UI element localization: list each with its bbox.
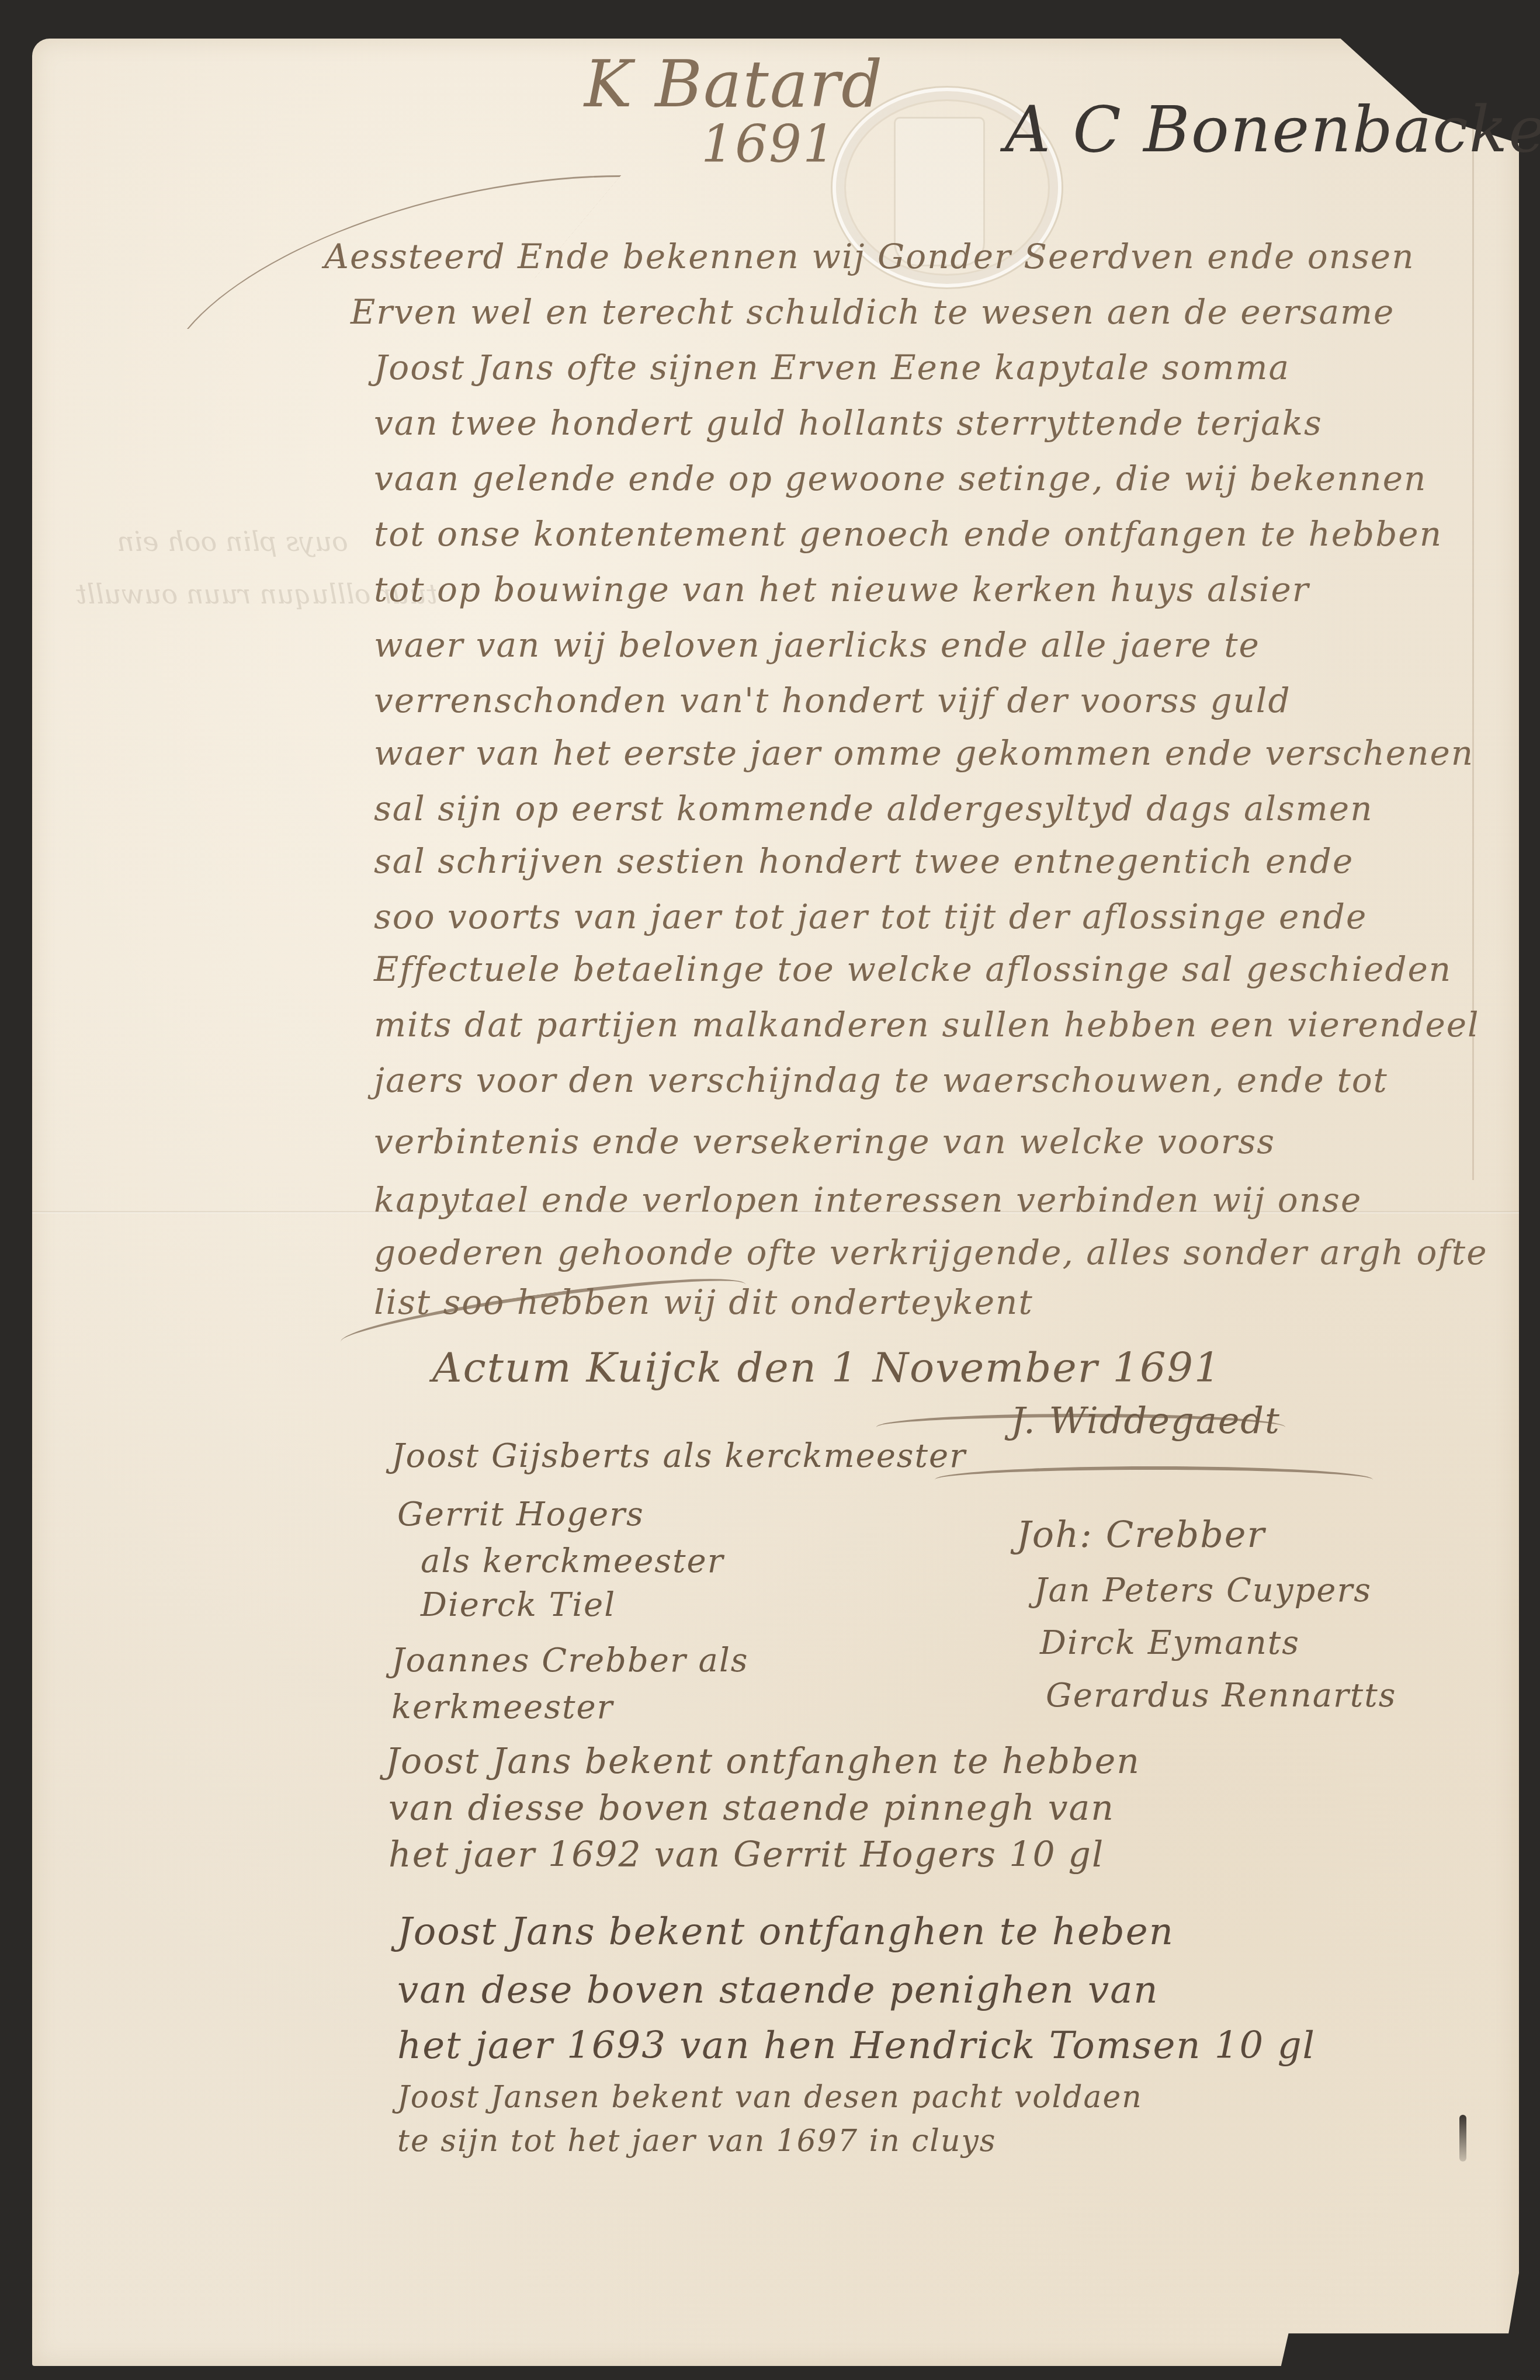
signature: Joannes Crebber als — [391, 1642, 749, 1680]
body-line: mits dat partijen malkanderen sullen heb… — [374, 1005, 1480, 1045]
body-line: soo voorts van jaer tot jaer tot tijt de… — [374, 897, 1367, 936]
receipt-line: van dese boven staende penighen van — [397, 1969, 1159, 2012]
signature: Dirck Eymants — [1040, 1624, 1300, 1662]
body-line: vaan gelende ende op gewoone setinge, di… — [374, 459, 1427, 498]
signature-bonenbacker: A C Bonenbacker — [1005, 93, 1540, 166]
receipt-line: het jaer 1693 van hen Hendrick Tomsen 10… — [397, 2024, 1316, 2067]
body-line: waer van wij beloven jaerlicks ende alle… — [374, 625, 1260, 665]
body-line: van twee hondert guld hollants sterrytte… — [374, 403, 1323, 443]
bleed-through-text: ouys plin ooh ein — [117, 526, 348, 557]
dateline: Actum Kuijck den 1 November 1691 — [432, 1344, 1222, 1392]
body-line: sal sijn op eerst kommende aldergesyltyd… — [374, 789, 1373, 828]
body-line: verrenschonden van't hondert vijf der vo… — [374, 681, 1291, 720]
body-line: verbintenis ende versekeringe van welcke… — [374, 1122, 1275, 1161]
body-line: waer van het eerste jaer omme gekommen e… — [374, 733, 1474, 773]
receipt-line: Joost Jans bekent ontfanghen te hebben — [386, 1741, 1140, 1782]
signature: Joost Gijsberts als kerckmeester — [391, 1437, 966, 1475]
annotation-year: 1691 — [701, 114, 837, 174]
body-line: jaers voor den verschijndag te waerschou… — [374, 1060, 1388, 1100]
signature: Gerardus Rennartts — [1046, 1677, 1397, 1715]
receipt-line: van diesse boven staende pinnegh van — [389, 1788, 1115, 1829]
signature: kerkmeester — [391, 1688, 613, 1726]
ink-stroke-mark — [1459, 2115, 1466, 2162]
body-line: kapytael ende verlopen interessen verbin… — [374, 1180, 1362, 1220]
body-line: Effectuele betaelinge toe welcke aflossi… — [374, 949, 1452, 989]
receipt-line: te sijn tot het jaer van 1697 in cluys — [397, 2124, 996, 2159]
signature: J. Widdegaedt — [1011, 1399, 1281, 1442]
receipt-line: Joost Jansen bekent van desen pacht vold… — [397, 2080, 1143, 2115]
body-line: sal schrijven sestien hondert twee entne… — [374, 841, 1354, 881]
body-line: tot onse kontentement genoech ende ontfa… — [374, 514, 1442, 554]
signature: Jan Peters Cuypers — [1034, 1571, 1372, 1609]
receipt-line: Joost Jans bekent ontfanghen te heben — [397, 1910, 1174, 1954]
signature: Gerrit Hogers — [397, 1496, 644, 1534]
receipt-line: het jaer 1692 van Gerrit Hogers 10 gl — [389, 1834, 1104, 1875]
body-line: Erven wel en terecht schuldich te wesen … — [351, 292, 1395, 332]
body-line: goederen gehoonde ofte verkrijgende, all… — [374, 1233, 1487, 1272]
body-line: tot op bouwinge van het nieuwe kerken hu… — [374, 570, 1309, 609]
signature-flourish — [935, 1466, 1373, 1493]
body-line: Aessteerd Ende bekennen wij Gonder Seerd… — [324, 237, 1415, 276]
annotation-name: K Batard — [584, 47, 883, 122]
signature: Joh: Crebber — [1017, 1513, 1265, 1556]
signature: als kerckmeester — [421, 1542, 724, 1580]
signature: Dierck Tiel — [421, 1586, 616, 1624]
body-line: Joost Jans ofte sijnen Erven Eene kapyta… — [374, 348, 1290, 387]
